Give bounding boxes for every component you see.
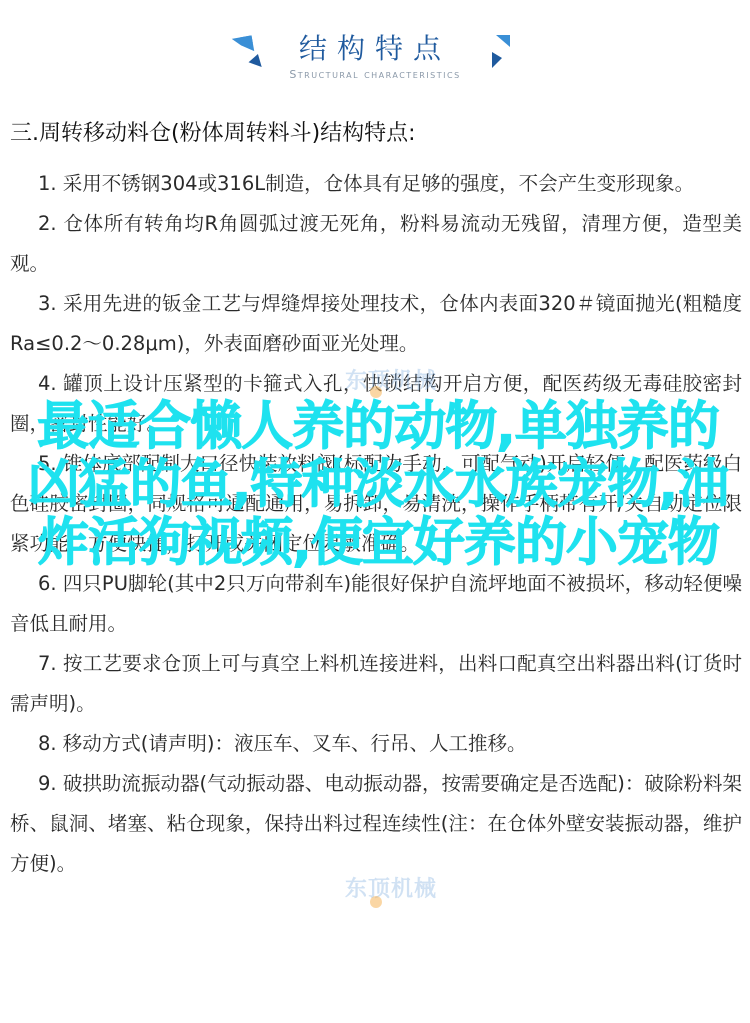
- feature-item-6: 6. 四只PU脚轮(其中2只万向带刹车)能很好保护自流坪地面不被损坏，移动轻便噪…: [10, 564, 742, 644]
- triangle-decoration-icon: [496, 35, 510, 47]
- feature-item-3: 3. 采用先进的钣金工艺与焊缝焊接处理技术，仓体内表面320＃镜面抛光(粗糙度R…: [10, 284, 742, 364]
- watermark-gear-icon: [370, 896, 382, 908]
- feature-item-7: 7. 按工艺要求仓顶上可与真空上料机连接进料，出料口配真空出料器出料(订货时需声…: [10, 644, 742, 724]
- section-header: 结构特点 Structural characteristics: [0, 22, 750, 92]
- feature-item-9: 9. 破拱助流振动器(气动振动器、电动振动器，按需要确定是否选配)：破除粉料架桥…: [10, 764, 742, 884]
- triangle-decoration-icon: [492, 52, 502, 68]
- feature-item-2: 2. 仓体所有转角均R角圆弧过渡无死角，粉料易流动无残留，清理方便，造型美观。: [10, 204, 742, 284]
- header-title: 结构特点: [0, 27, 750, 67]
- feature-item-8: 8. 移动方式(请声明)：液压车、叉车、行吊、人工推移。: [10, 724, 742, 764]
- document-heading: 三.周转移动料仓(粉体周转料斗)结构特点:: [10, 112, 742, 156]
- overlay-caption: 最适合懒人养的动物,单独养的凶猛的鱼,特种淡水水族宠物,油炸活狗视频,便宜好养的…: [18, 398, 738, 572]
- feature-item-1: 1. 采用不锈钢304或316L制造，仓体具有足够的强度，不会产生变形现象。: [10, 164, 742, 204]
- header-subtitle: Structural characteristics: [0, 68, 750, 81]
